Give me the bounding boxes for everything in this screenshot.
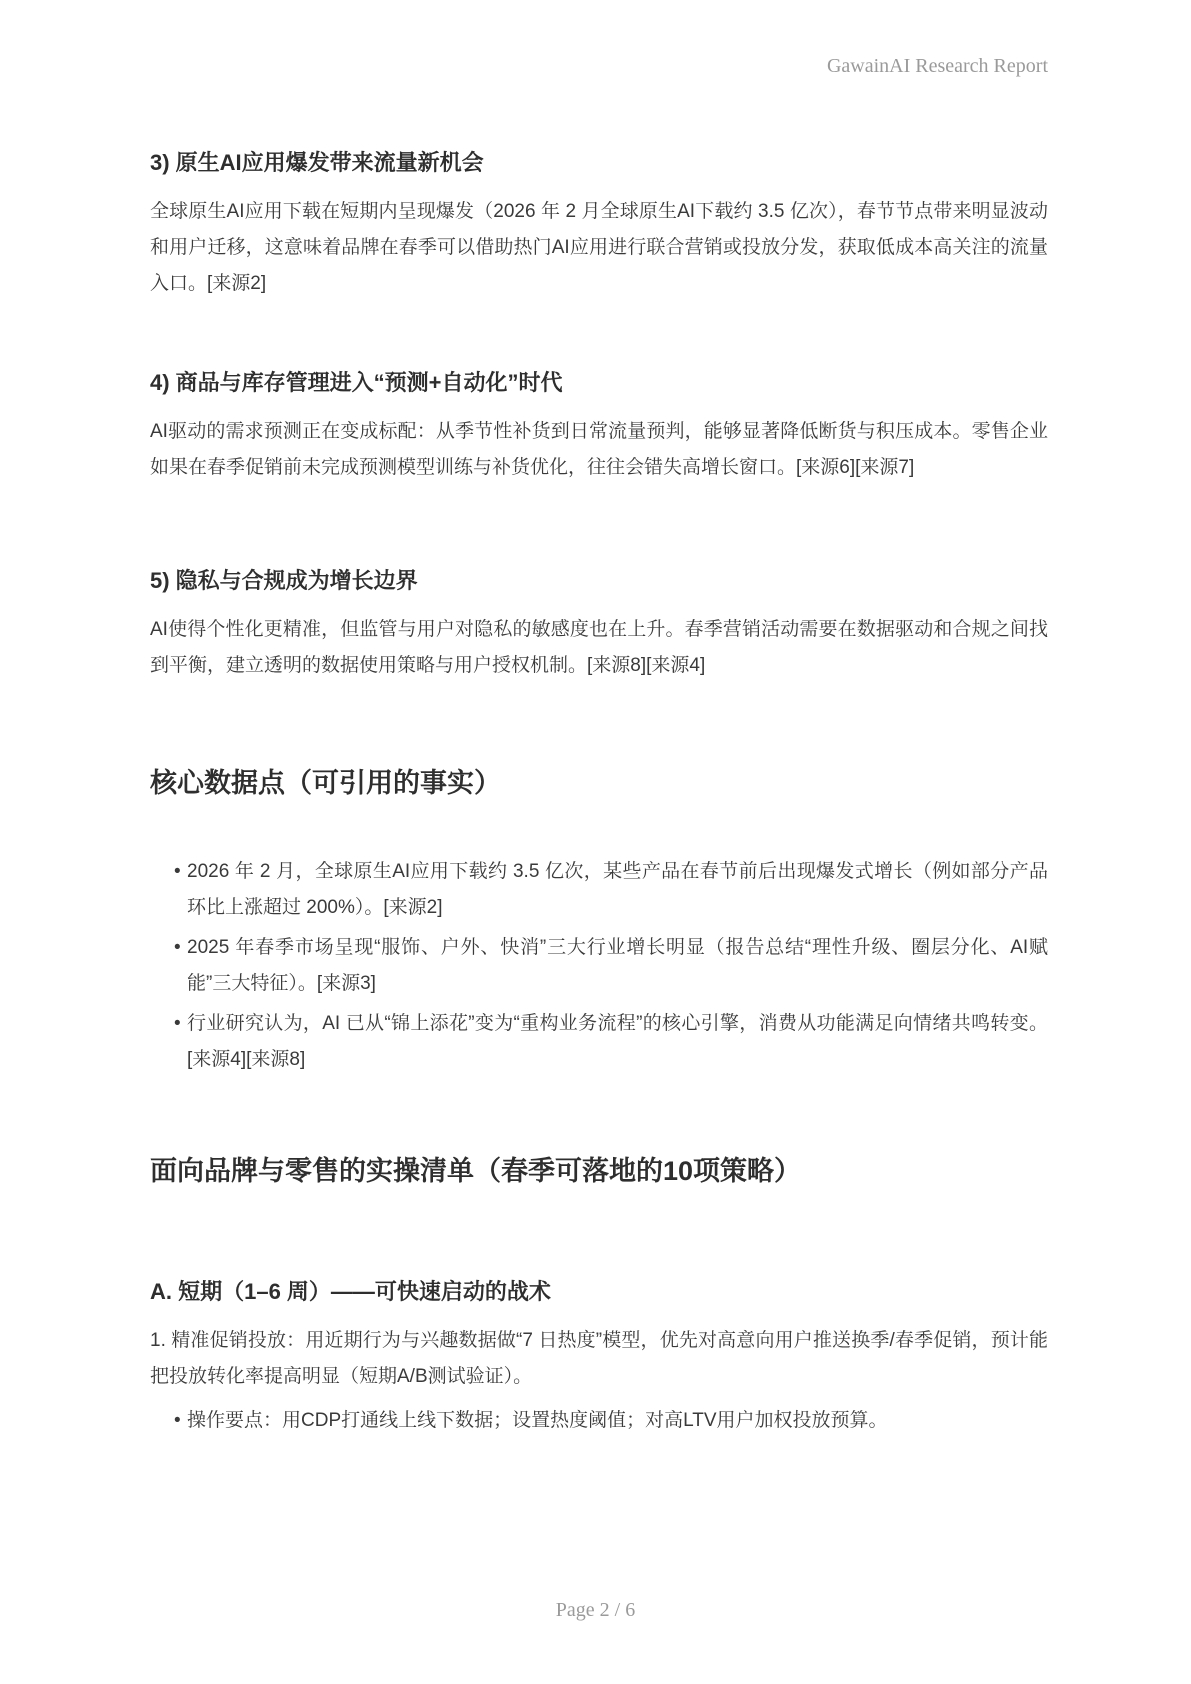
- section-paragraph-5: AI使得个性化更精准，但监管与用户对隐私的敏感度也在上升。春季营销活动需要在数据…: [150, 612, 1048, 684]
- section-privacy: 5) 隐私与合规成为增长边界 AI使得个性化更精准，但监管与用户对隐私的敏感度也…: [150, 566, 1048, 684]
- list-item: 操作要点：用CDP打通线上线下数据；设置热度阈值；对高LTV用户加权投放预算。: [150, 1403, 1048, 1439]
- strategy-item-1: 1. 精准促销投放：用近期行为与兴趣数据做“7 日热度”模型，优先对高意向用户推…: [150, 1323, 1048, 1395]
- section-paragraph-4: AI驱动的需求预测正在变成标配：从季节性补货到日常流量预判，能够显著降低断货与积…: [150, 414, 1048, 486]
- list-item: 2025 年春季市场呈现“服饰、户外、快消”三大行业增长明显（报告总结“理性升级…: [150, 930, 1048, 1002]
- checklist-subheading-short-term: A. 短期（1–6 周）——可快速启动的战术: [150, 1277, 1048, 1307]
- report-header-title: GawainAI Research Report: [150, 54, 1048, 78]
- document-page: GawainAI Research Report 3) 原生AI应用爆发带来流量…: [0, 0, 1191, 1684]
- section-native-ai: 3) 原生AI应用爆发带来流量新机会 全球原生AI应用下载在短期内呈现爆发（20…: [150, 148, 1048, 302]
- key-data-heading: 核心数据点（可引用的事实）: [150, 764, 1048, 802]
- key-data-list: 2026 年 2 月，全球原生AI应用下载约 3.5 亿次，某些产品在春节前后出…: [150, 854, 1048, 1078]
- section-paragraph-3: 全球原生AI应用下载在短期内呈现爆发（2026 年 2 月全球原生AI下载约 3…: [150, 194, 1048, 302]
- checklist-heading: 面向品牌与零售的实操清单（春季可落地的10项策略）: [150, 1152, 1048, 1190]
- section-heading-4: 4) 商品与库存管理进入“预测+自动化”时代: [150, 368, 1048, 398]
- section-inventory: 4) 商品与库存管理进入“预测+自动化”时代 AI驱动的需求预测正在变成标配：从…: [150, 368, 1048, 486]
- list-item: 2026 年 2 月，全球原生AI应用下载约 3.5 亿次，某些产品在春节前后出…: [150, 854, 1048, 926]
- section-heading-5: 5) 隐私与合规成为增长边界: [150, 566, 1048, 596]
- strategy-points-list: 操作要点：用CDP打通线上线下数据；设置热度阈值；对高LTV用户加权投放预算。: [150, 1403, 1048, 1439]
- page-number: Page 2 / 6: [0, 1598, 1191, 1622]
- section-heading-3: 3) 原生AI应用爆发带来流量新机会: [150, 148, 1048, 178]
- list-item: 行业研究认为，AI 已从“锦上添花”变为“重构业务流程”的核心引擎，消费从功能满…: [150, 1006, 1048, 1078]
